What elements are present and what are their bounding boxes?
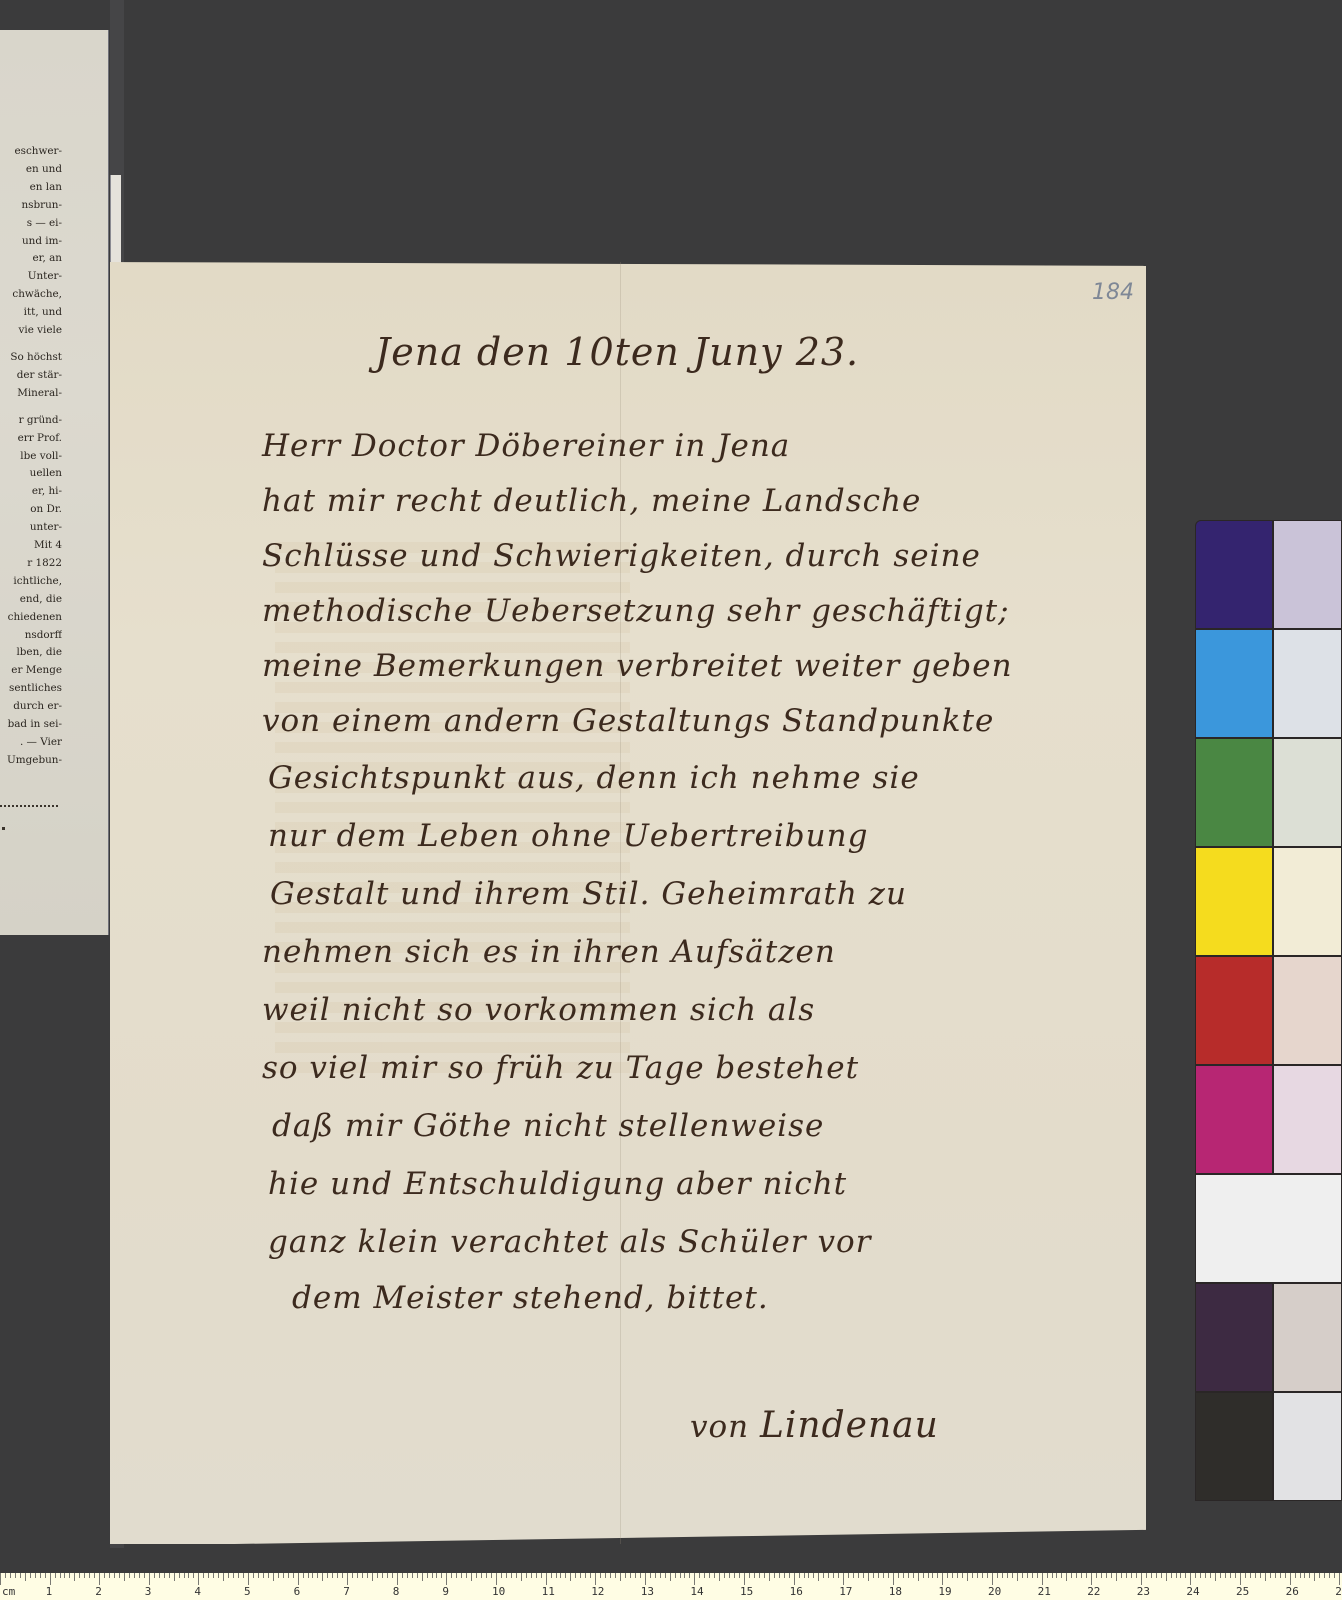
clipping-line: en lan xyxy=(0,179,62,197)
ruler-tick xyxy=(595,1573,596,1585)
ruler-tick xyxy=(680,1573,681,1578)
ruler-tick xyxy=(600,1573,601,1578)
ruler-tick xyxy=(1081,1573,1082,1578)
letter-line: dem Meister stehend, bittet. xyxy=(292,1280,769,1316)
ruler-tick xyxy=(1096,1573,1097,1578)
ruler-tick xyxy=(432,1573,433,1578)
ruler-tick xyxy=(149,1573,150,1585)
ruler-tick xyxy=(179,1573,180,1578)
ruler-label: 6 xyxy=(294,1585,301,1598)
ruler-tick xyxy=(441,1573,442,1578)
ruler-tick xyxy=(962,1573,963,1578)
ruler-label: 1 xyxy=(46,1585,53,1598)
ruler-tick xyxy=(1180,1573,1181,1578)
ruler-tick xyxy=(1076,1573,1077,1578)
ruler-label: 10 xyxy=(492,1585,505,1598)
ruler-tick xyxy=(337,1573,338,1578)
ruler-tick xyxy=(759,1573,760,1578)
ruler-tick xyxy=(1086,1573,1087,1578)
ruler-tick xyxy=(699,1573,700,1578)
ruler-tick xyxy=(1176,1573,1177,1578)
clipping-line: So höchst xyxy=(0,349,62,367)
ruler-tick xyxy=(74,1573,75,1581)
clipping-line: Mit 4 xyxy=(0,537,62,555)
ruler-tick xyxy=(69,1573,70,1578)
ruler-tick xyxy=(387,1573,388,1578)
ruler-tick xyxy=(451,1573,452,1578)
ruler-tick xyxy=(620,1573,621,1581)
clipping-line: und im- xyxy=(0,233,62,251)
ruler-tick xyxy=(124,1573,125,1581)
ruler-tick xyxy=(863,1573,864,1578)
clipping-line: chiedenen xyxy=(0,609,62,627)
ruler-tick xyxy=(575,1573,576,1578)
ruler-tick xyxy=(164,1573,165,1578)
clipping-line: der stär- xyxy=(0,367,62,385)
color-patch-black-tint xyxy=(1273,1392,1342,1501)
ruler-tick xyxy=(1185,1573,1186,1578)
ruler-tick xyxy=(521,1573,522,1581)
color-patch-cyan xyxy=(1195,629,1273,738)
ruler-tick xyxy=(20,1573,21,1578)
ruler-tick xyxy=(1161,1573,1162,1578)
ruler-tick xyxy=(1220,1573,1221,1578)
ruler-label: 21 xyxy=(1038,1585,1051,1598)
color-patch-yellow xyxy=(1195,847,1273,956)
clipping-line xyxy=(0,340,62,349)
ruler-tick xyxy=(198,1573,199,1585)
ruler-tick xyxy=(769,1573,770,1581)
ruler-tick xyxy=(456,1573,457,1578)
ruler-tick xyxy=(784,1573,785,1578)
ruler-tick xyxy=(154,1573,155,1578)
ruler-label: 26 xyxy=(1286,1585,1299,1598)
ruler-tick xyxy=(268,1573,269,1578)
ruler-tick xyxy=(496,1573,497,1585)
ruler-tick xyxy=(1245,1573,1246,1578)
ruler-tick xyxy=(139,1573,140,1578)
ruler-tick xyxy=(1275,1573,1276,1578)
ruler-tick xyxy=(248,1573,249,1585)
clipping-line: nsdorff xyxy=(0,627,62,645)
ruler-tick xyxy=(918,1573,919,1581)
ruler-tick xyxy=(412,1573,413,1578)
ruler-tick xyxy=(1240,1573,1241,1585)
ruler-tick xyxy=(908,1573,909,1578)
ruler-tick xyxy=(283,1573,284,1578)
ruler-tick xyxy=(501,1573,502,1578)
ruler-tick xyxy=(223,1573,224,1581)
ruler-tick xyxy=(898,1573,899,1578)
ruler-label: 14 xyxy=(690,1585,703,1598)
ruler-tick xyxy=(932,1573,933,1578)
ruler-tick xyxy=(1314,1573,1315,1581)
ruler-tick xyxy=(104,1573,105,1578)
ruler-tick xyxy=(10,1573,11,1578)
ruler-tick xyxy=(258,1573,259,1578)
ruler-tick xyxy=(526,1573,527,1578)
ruler-tick xyxy=(1329,1573,1330,1578)
ruler-tick xyxy=(1324,1573,1325,1578)
ruler-tick xyxy=(883,1573,884,1578)
ruler-tick xyxy=(580,1573,581,1578)
ruler-tick xyxy=(1280,1573,1281,1578)
ruler-tick xyxy=(392,1573,393,1578)
color-patch-cyan-tint xyxy=(1273,629,1342,738)
color-patch-dark-purple xyxy=(1195,1283,1273,1392)
color-patch-violet xyxy=(1195,520,1273,629)
clipping-line: err Prof. xyxy=(0,430,62,448)
ruler-tick xyxy=(342,1573,343,1578)
ruler-tick xyxy=(774,1573,775,1578)
ruler-label: 25 xyxy=(1236,1585,1249,1598)
clipping-line: sentliches xyxy=(0,680,62,698)
ruler-tick xyxy=(1290,1573,1291,1585)
ruler-tick xyxy=(551,1573,552,1578)
ruler-tick xyxy=(15,1573,16,1578)
ruler-tick xyxy=(893,1573,894,1585)
ruler-tick xyxy=(1056,1573,1057,1578)
ruler-tick xyxy=(546,1573,547,1585)
clipping-line: . — Vier xyxy=(0,734,62,752)
ruler-tick xyxy=(1141,1573,1142,1585)
ruler-label: 27 xyxy=(1335,1585,1342,1598)
ruler-label: 2 xyxy=(95,1585,102,1598)
signature-prefix: von xyxy=(690,1409,749,1445)
ruler-tick xyxy=(1319,1573,1320,1578)
letter-dateline: Jena den 10ten Juny 23. xyxy=(375,330,859,374)
ruler-tick xyxy=(1200,1573,1201,1578)
clipping-line: unter- xyxy=(0,519,62,537)
ruler-tick xyxy=(675,1573,676,1578)
ruler-tick xyxy=(610,1573,611,1578)
ruler-tick xyxy=(357,1573,358,1578)
clipping-line: lbe voll- xyxy=(0,448,62,466)
ruler-tick xyxy=(1156,1573,1157,1578)
ruler-tick xyxy=(630,1573,631,1578)
ruler-tick xyxy=(739,1573,740,1578)
ruler-tick xyxy=(531,1573,532,1578)
ruler-tick xyxy=(25,1573,26,1581)
ruler-tick xyxy=(506,1573,507,1578)
ruler-tick xyxy=(293,1573,294,1578)
clipping-mark xyxy=(2,827,5,830)
ruler-tick xyxy=(570,1573,571,1581)
clipping-line: s — ei- xyxy=(0,215,62,233)
ruler-tick xyxy=(928,1573,929,1578)
ruler-tick xyxy=(1106,1573,1107,1578)
clipping-line: durch er- xyxy=(0,698,62,716)
ruler-tick xyxy=(486,1573,487,1578)
ruler-tick xyxy=(332,1573,333,1578)
ruler-tick xyxy=(858,1573,859,1578)
color-patch-magenta-tint xyxy=(1273,1065,1342,1174)
ruler-tick xyxy=(1270,1573,1271,1578)
ruler-tick xyxy=(218,1573,219,1578)
ruler-tick xyxy=(436,1573,437,1578)
ruler-tick xyxy=(799,1573,800,1578)
ruler-tick xyxy=(556,1573,557,1578)
ruler-tick xyxy=(1171,1573,1172,1578)
color-patch-yellow-tint xyxy=(1273,847,1342,956)
ruler-tick xyxy=(238,1573,239,1578)
ruler-tick xyxy=(0,1573,1,1585)
ruler-tick xyxy=(1339,1573,1340,1585)
measurement-ruler: cm 1234567891011121314151617181920212223… xyxy=(0,1573,1342,1600)
ruler-tick xyxy=(144,1573,145,1578)
ruler-tick xyxy=(987,1573,988,1578)
ruler-label: 3 xyxy=(145,1585,152,1598)
ruler-tick xyxy=(1295,1573,1296,1578)
clipping-line: er, an xyxy=(0,250,62,268)
ruler-tick xyxy=(1032,1573,1033,1578)
ruler-tick xyxy=(1121,1573,1122,1578)
clipping-line: r gründ- xyxy=(0,412,62,430)
ruler-tick xyxy=(491,1573,492,1578)
ruler-tick xyxy=(461,1573,462,1578)
color-patch-black xyxy=(1195,1392,1273,1501)
ruler-tick xyxy=(308,1573,309,1578)
ruler-tick xyxy=(273,1573,274,1581)
ruler-tick xyxy=(129,1573,130,1578)
ruler-tick xyxy=(169,1573,170,1578)
ruler-label: 13 xyxy=(641,1585,654,1598)
ruler-tick xyxy=(789,1573,790,1578)
color-patch-dark-purple-tint xyxy=(1273,1283,1342,1392)
ruler-tick xyxy=(352,1573,353,1578)
ruler-tick xyxy=(947,1573,948,1578)
ruler-tick xyxy=(471,1573,472,1581)
ruler-tick xyxy=(45,1573,46,1578)
ruler-tick xyxy=(402,1573,403,1578)
ruler-tick xyxy=(446,1573,447,1585)
ruler-tick xyxy=(422,1573,423,1581)
ruler-tick xyxy=(977,1573,978,1578)
ruler-tick xyxy=(407,1573,408,1578)
ruler-tick xyxy=(813,1573,814,1578)
ruler-tick xyxy=(35,1573,36,1578)
ruler-tick xyxy=(397,1573,398,1585)
ruler-tick xyxy=(749,1573,750,1578)
clipping-line: en und xyxy=(0,161,62,179)
ruler-tick xyxy=(1116,1573,1117,1581)
clipping-line: eschwer- xyxy=(0,143,62,161)
ruler-tick xyxy=(516,1573,517,1578)
letter-line: von einem andern Gestaltungs Standpunkte xyxy=(262,703,994,739)
ruler-tick xyxy=(565,1573,566,1578)
ruler-tick xyxy=(873,1573,874,1578)
ruler-tick xyxy=(64,1573,65,1578)
ruler-tick xyxy=(1126,1573,1127,1578)
ruler-tick xyxy=(1230,1573,1231,1578)
ruler-tick xyxy=(1042,1573,1043,1585)
ruler-tick xyxy=(1012,1573,1013,1578)
ruler-tick xyxy=(590,1573,591,1578)
ruler-tick xyxy=(848,1573,849,1578)
ruler-tick xyxy=(322,1573,323,1581)
ruler-tick xyxy=(878,1573,879,1578)
ruler-tick xyxy=(476,1573,477,1578)
clipping-line: vie viele xyxy=(0,322,62,340)
ruler-tick xyxy=(719,1573,720,1581)
ruler-tick xyxy=(650,1573,651,1578)
ruler-tick xyxy=(635,1573,636,1578)
ruler-label: 8 xyxy=(393,1585,400,1598)
newspaper-clipping: eschwer-en unden lannsbrun-s — ei-und im… xyxy=(0,30,108,935)
clipping-line: ichtliche, xyxy=(0,573,62,591)
ruler-tick xyxy=(114,1573,115,1578)
ruler-tick xyxy=(923,1573,924,1578)
ruler-tick xyxy=(55,1573,56,1578)
ruler-tick xyxy=(50,1573,51,1585)
ruler-tick xyxy=(605,1573,606,1578)
ruler-tick xyxy=(1007,1573,1008,1578)
clipping-line: er, hi- xyxy=(0,483,62,501)
paper-tab xyxy=(110,175,121,267)
ruler-tick xyxy=(957,1573,958,1578)
ruler-label: 7 xyxy=(343,1585,350,1598)
clipping-line xyxy=(0,403,62,412)
ruler-tick xyxy=(808,1573,809,1578)
ruler-tick xyxy=(288,1573,289,1578)
ruler-tick xyxy=(193,1573,194,1578)
letter-line: hie und Entschuldigung aber nicht xyxy=(268,1166,847,1202)
ruler-tick xyxy=(40,1573,41,1578)
ruler-label: 17 xyxy=(839,1585,852,1598)
letter-line: nur dem Leben ohne Uebertreibung xyxy=(268,818,868,854)
ruler-tick xyxy=(427,1573,428,1578)
ruler-tick xyxy=(833,1573,834,1578)
color-calibration-chart xyxy=(1195,520,1342,1540)
ruler-tick xyxy=(1101,1573,1102,1578)
ruler-label: 22 xyxy=(1087,1585,1100,1598)
ruler-tick xyxy=(1091,1573,1092,1585)
ruler-tick xyxy=(203,1573,204,1578)
ruler-tick xyxy=(997,1573,998,1578)
ruler-tick xyxy=(828,1573,829,1578)
ruler-label: 12 xyxy=(591,1585,604,1598)
ruler-tick xyxy=(466,1573,467,1578)
ruler-tick xyxy=(184,1573,185,1578)
letter-line: hat mir recht deutlich, meine Landsche xyxy=(262,483,921,519)
clipping-line: end, die xyxy=(0,591,62,609)
letter-line: Schlüsse und Schwierigkeiten, durch sein… xyxy=(262,538,981,574)
ruler-tick xyxy=(655,1573,656,1578)
ruler-tick xyxy=(888,1573,889,1578)
ruler-tick xyxy=(670,1573,671,1581)
ruler-tick xyxy=(94,1573,95,1578)
letter-signature: von Lindenau xyxy=(690,1405,939,1446)
ruler-tick xyxy=(1285,1573,1286,1578)
ruler-tick xyxy=(694,1573,695,1585)
ruler-tick xyxy=(1047,1573,1048,1578)
letter-line: ganz klein verachtet als Schüler vor xyxy=(268,1224,871,1260)
ruler-tick xyxy=(585,1573,586,1578)
ruler-tick xyxy=(1260,1573,1261,1578)
ruler-tick xyxy=(174,1573,175,1581)
ruler-tick xyxy=(709,1573,710,1578)
letter-line: daß mir Göthe nicht stellenweise xyxy=(272,1108,824,1144)
clipping-line: Umgebun- xyxy=(0,752,62,770)
ruler-tick xyxy=(119,1573,120,1578)
ruler-tick xyxy=(1022,1573,1023,1578)
ruler-tick xyxy=(1215,1573,1216,1581)
ruler-tick xyxy=(278,1573,279,1578)
ruler-tick xyxy=(263,1573,264,1578)
ruler-tick xyxy=(1002,1573,1003,1578)
ruler-tick xyxy=(952,1573,953,1578)
clipping-text: eschwer-en unden lannsbrun-s — ei-und im… xyxy=(0,143,62,770)
ruler-tick xyxy=(511,1573,512,1578)
ruler-tick xyxy=(645,1573,646,1585)
letter-line: nehmen sich es in ihren Aufsätzen xyxy=(262,934,836,970)
ruler-tick xyxy=(188,1573,189,1578)
ruler-tick xyxy=(228,1573,229,1578)
ruler-tick xyxy=(312,1573,313,1578)
letter-line: so viel mir so früh zu Tage bestehet xyxy=(262,1050,859,1086)
ruler-tick xyxy=(843,1573,844,1585)
clipping-line: r 1822 xyxy=(0,555,62,573)
ruler-tick xyxy=(665,1573,666,1578)
clipping-divider xyxy=(0,805,58,807)
ruler-tick xyxy=(1250,1573,1251,1578)
ruler-tick xyxy=(377,1573,378,1578)
ruler-tick xyxy=(804,1573,805,1578)
ruler-tick xyxy=(764,1573,765,1578)
ruler-tick xyxy=(1066,1573,1067,1581)
folio-number: 184 xyxy=(1092,280,1134,305)
letter-line: methodische Uebersetzung sehr geschäftig… xyxy=(262,593,1010,629)
clipping-line: chwäche, xyxy=(0,286,62,304)
ruler-tick xyxy=(992,1573,993,1585)
ruler-label: 20 xyxy=(988,1585,1001,1598)
letter-line: Herr Doctor Döbereiner in Jena xyxy=(262,428,790,464)
ruler-tick xyxy=(640,1573,641,1578)
ruler-tick xyxy=(868,1573,869,1581)
ruler-tick xyxy=(913,1573,914,1578)
ruler-tick xyxy=(1061,1573,1062,1578)
letter-line: weil nicht so vorkommen sich als xyxy=(262,992,815,1028)
letter-line: Gesichtspunkt aus, denn ich nehme sie xyxy=(268,760,920,796)
color-patch-green-tint xyxy=(1273,738,1342,847)
ruler-tick xyxy=(560,1573,561,1578)
ruler-tick xyxy=(481,1573,482,1578)
ruler-tick xyxy=(724,1573,725,1578)
ruler-tick xyxy=(1300,1573,1301,1578)
ruler-tick xyxy=(704,1573,705,1578)
clipping-line: on Dr. xyxy=(0,501,62,519)
ruler-label: 11 xyxy=(542,1585,555,1598)
ruler-tick xyxy=(967,1573,968,1581)
dateline-text: Jena den 10ten Juny 23. xyxy=(375,330,859,374)
ruler-tick xyxy=(347,1573,348,1585)
ruler-label: 24 xyxy=(1186,1585,1199,1598)
ruler-tick xyxy=(1027,1573,1028,1578)
ruler-tick xyxy=(362,1573,363,1578)
ruler-tick xyxy=(714,1573,715,1578)
ruler-tick xyxy=(243,1573,244,1578)
color-patch-green xyxy=(1195,738,1273,847)
ruler-tick xyxy=(972,1573,973,1578)
ruler-tick xyxy=(213,1573,214,1578)
ruler-tick xyxy=(1210,1573,1211,1578)
color-patch-red-tint xyxy=(1273,956,1342,1065)
ruler-tick xyxy=(233,1573,234,1578)
ruler-label: 16 xyxy=(790,1585,803,1598)
ruler-tick xyxy=(99,1573,100,1585)
ruler-tick xyxy=(838,1573,839,1578)
ruler-tick xyxy=(417,1573,418,1578)
